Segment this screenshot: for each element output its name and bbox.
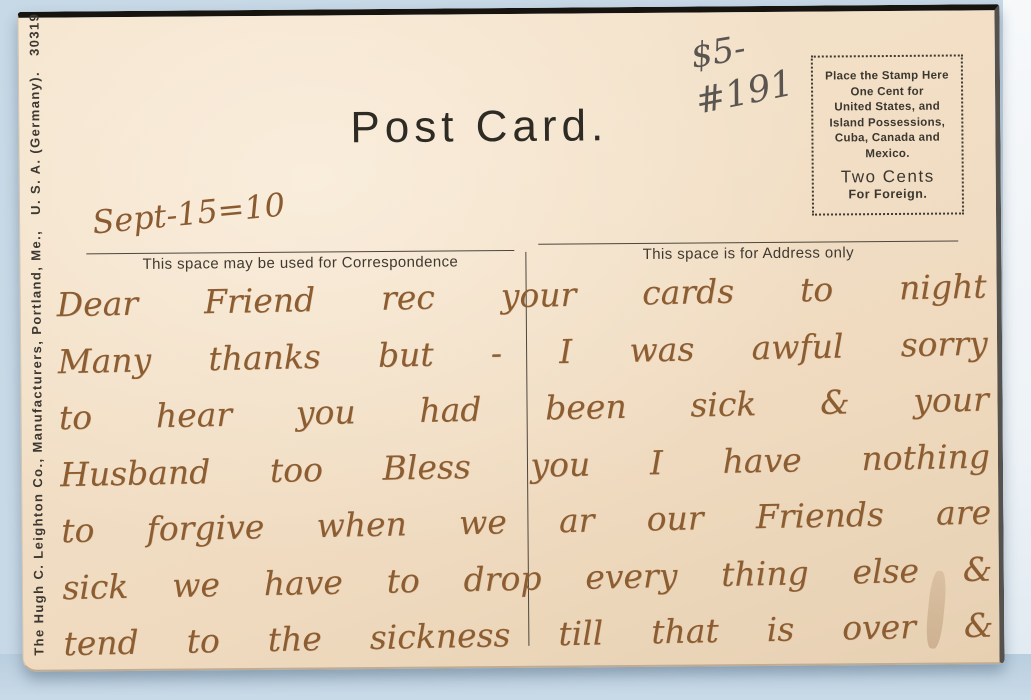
stamp-box-for-foreign: For Foreign. [848, 187, 927, 202]
stamp-box-line: United States, and [834, 100, 940, 116]
stamp-box-line: Place the Stamp Here [825, 69, 949, 85]
publisher-imprint: The Hugh C. Leighton Co., Manufacturers,… [27, 56, 56, 656]
stamp-box-line: Island Possessions, [829, 115, 945, 131]
handwritten-message: Dear Friend rec your cards to night Many… [56, 259, 994, 673]
stamp-box-line: Cuba, Canada and [835, 131, 940, 147]
stamp-box-two-cents: Two Cents [841, 167, 935, 188]
scan-backdrop-right [1003, 0, 1031, 700]
handwritten-date: Sept-15=10 [91, 185, 287, 241]
stamp-box-line: Mexico. [865, 146, 909, 162]
stamp-placement-box: Place the Stamp Here One Cent for United… [811, 54, 964, 215]
stamp-box-line: One Cent for [850, 84, 923, 100]
pencil-price-note: $5- [688, 28, 749, 76]
postcard-back: The Hugh C. Leighton Co., Manufacturers,… [17, 4, 1004, 672]
postcard-title: Post Card. [319, 101, 639, 154]
